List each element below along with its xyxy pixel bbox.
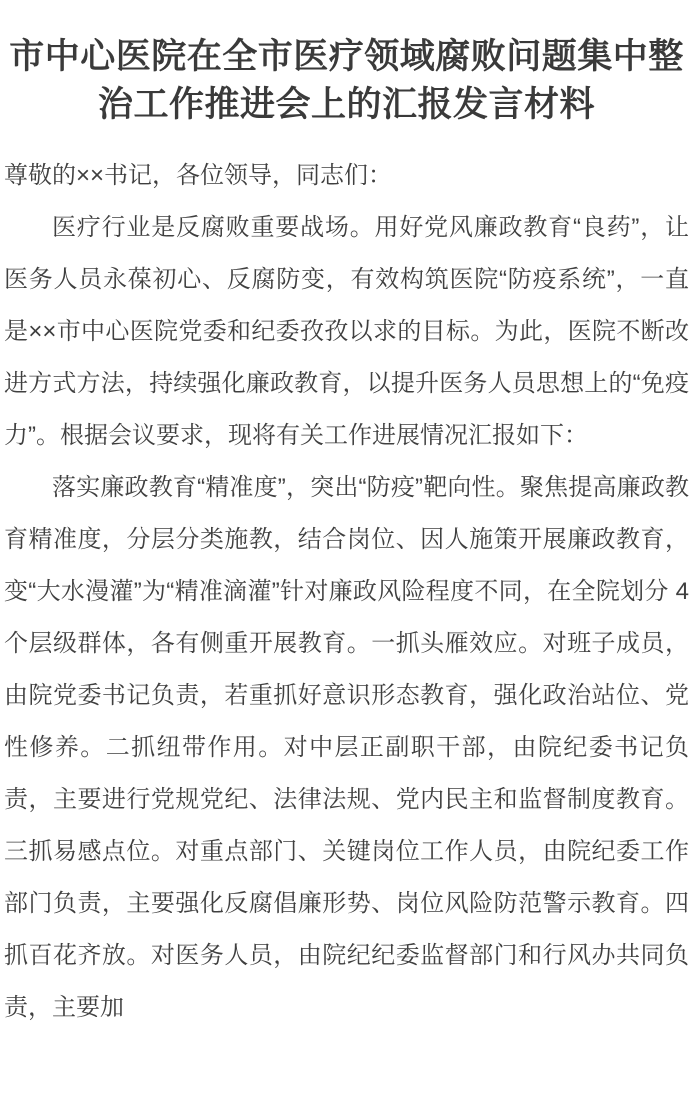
document-title: 市中心医院在全市医疗领域腐败问题集中整治工作推进会上的汇报发言材料 [4,33,689,129]
body-paragraph-1: 医疗行业是反腐败重要战场。用好党风廉政教育“良药”，让医务人员永葆初心、反腐防变… [4,202,689,462]
document-page: 市中心医院在全市医疗领域腐败问题集中整治工作推进会上的汇报发言材料 尊敬的××书… [0,0,693,1097]
body-paragraph-2: 落实廉政教育“精准度”，突出“防疫”靶向性。聚焦提高廉政教育精准度，分层分类施教… [4,462,689,1034]
salutation-line: 尊敬的××书记，各位领导，同志们： [4,150,689,202]
